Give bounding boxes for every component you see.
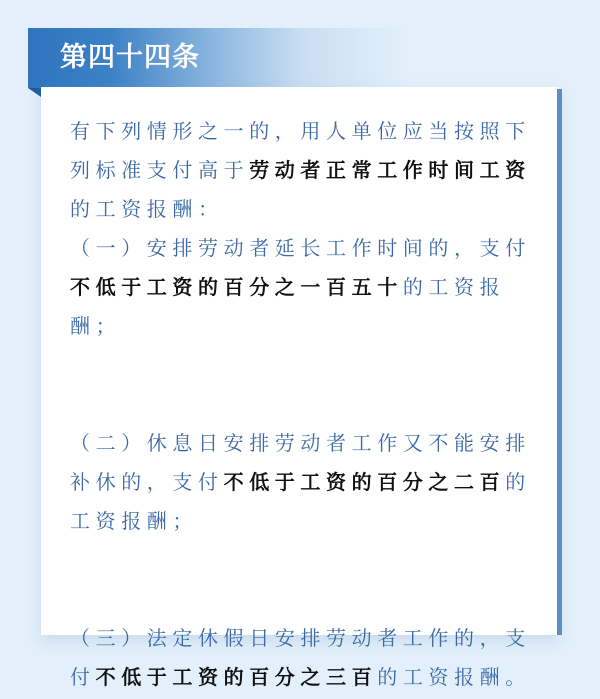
clause-2-emphasis: 不低于工资的百分之二百 <box>224 470 506 494</box>
card-edge-decoration <box>557 89 562 635</box>
clause-3-suffix: 的工资报酬。 <box>377 665 531 689</box>
intro-text-end: 的工资报酬： <box>70 197 224 221</box>
clause-item-2: （二）休息日安排劳动者工作又不能安排补休的，支付不低于工资的百分之二百的工资报酬… <box>70 424 540 541</box>
clause-1-emphasis: 不低于工资的百分之一百五十 <box>70 275 403 299</box>
clause-3-emphasis: 不低于工资的百分之三百 <box>96 665 378 689</box>
intro-emphasis: 劳动者正常工作时间工资 <box>249 158 531 182</box>
spacer <box>70 346 540 424</box>
clause-item-3: （三）法定休假日安排劳动者工作的，支付不低于工资的百分之三百的工资报酬。 <box>70 619 540 697</box>
intro-paragraph: 有下列情形之一的，用人单位应当按照下列标准支付高于劳动者正常工作时间工资的工资报… <box>70 112 540 229</box>
article-body: 有下列情形之一的，用人单位应当按照下列标准支付高于劳动者正常工作时间工资的工资报… <box>70 112 540 697</box>
clause-item-1: （一）安排劳动者延长工作时间的，支付不低于工资的百分之一百五十的工资报酬； <box>70 229 540 346</box>
spacer <box>70 541 540 619</box>
header-fold-decoration <box>28 88 41 97</box>
article-title: 第四十四条 <box>60 40 200 76</box>
clause-1-prefix: （一）安排劳动者延长工作时间的，支付 <box>70 236 531 260</box>
